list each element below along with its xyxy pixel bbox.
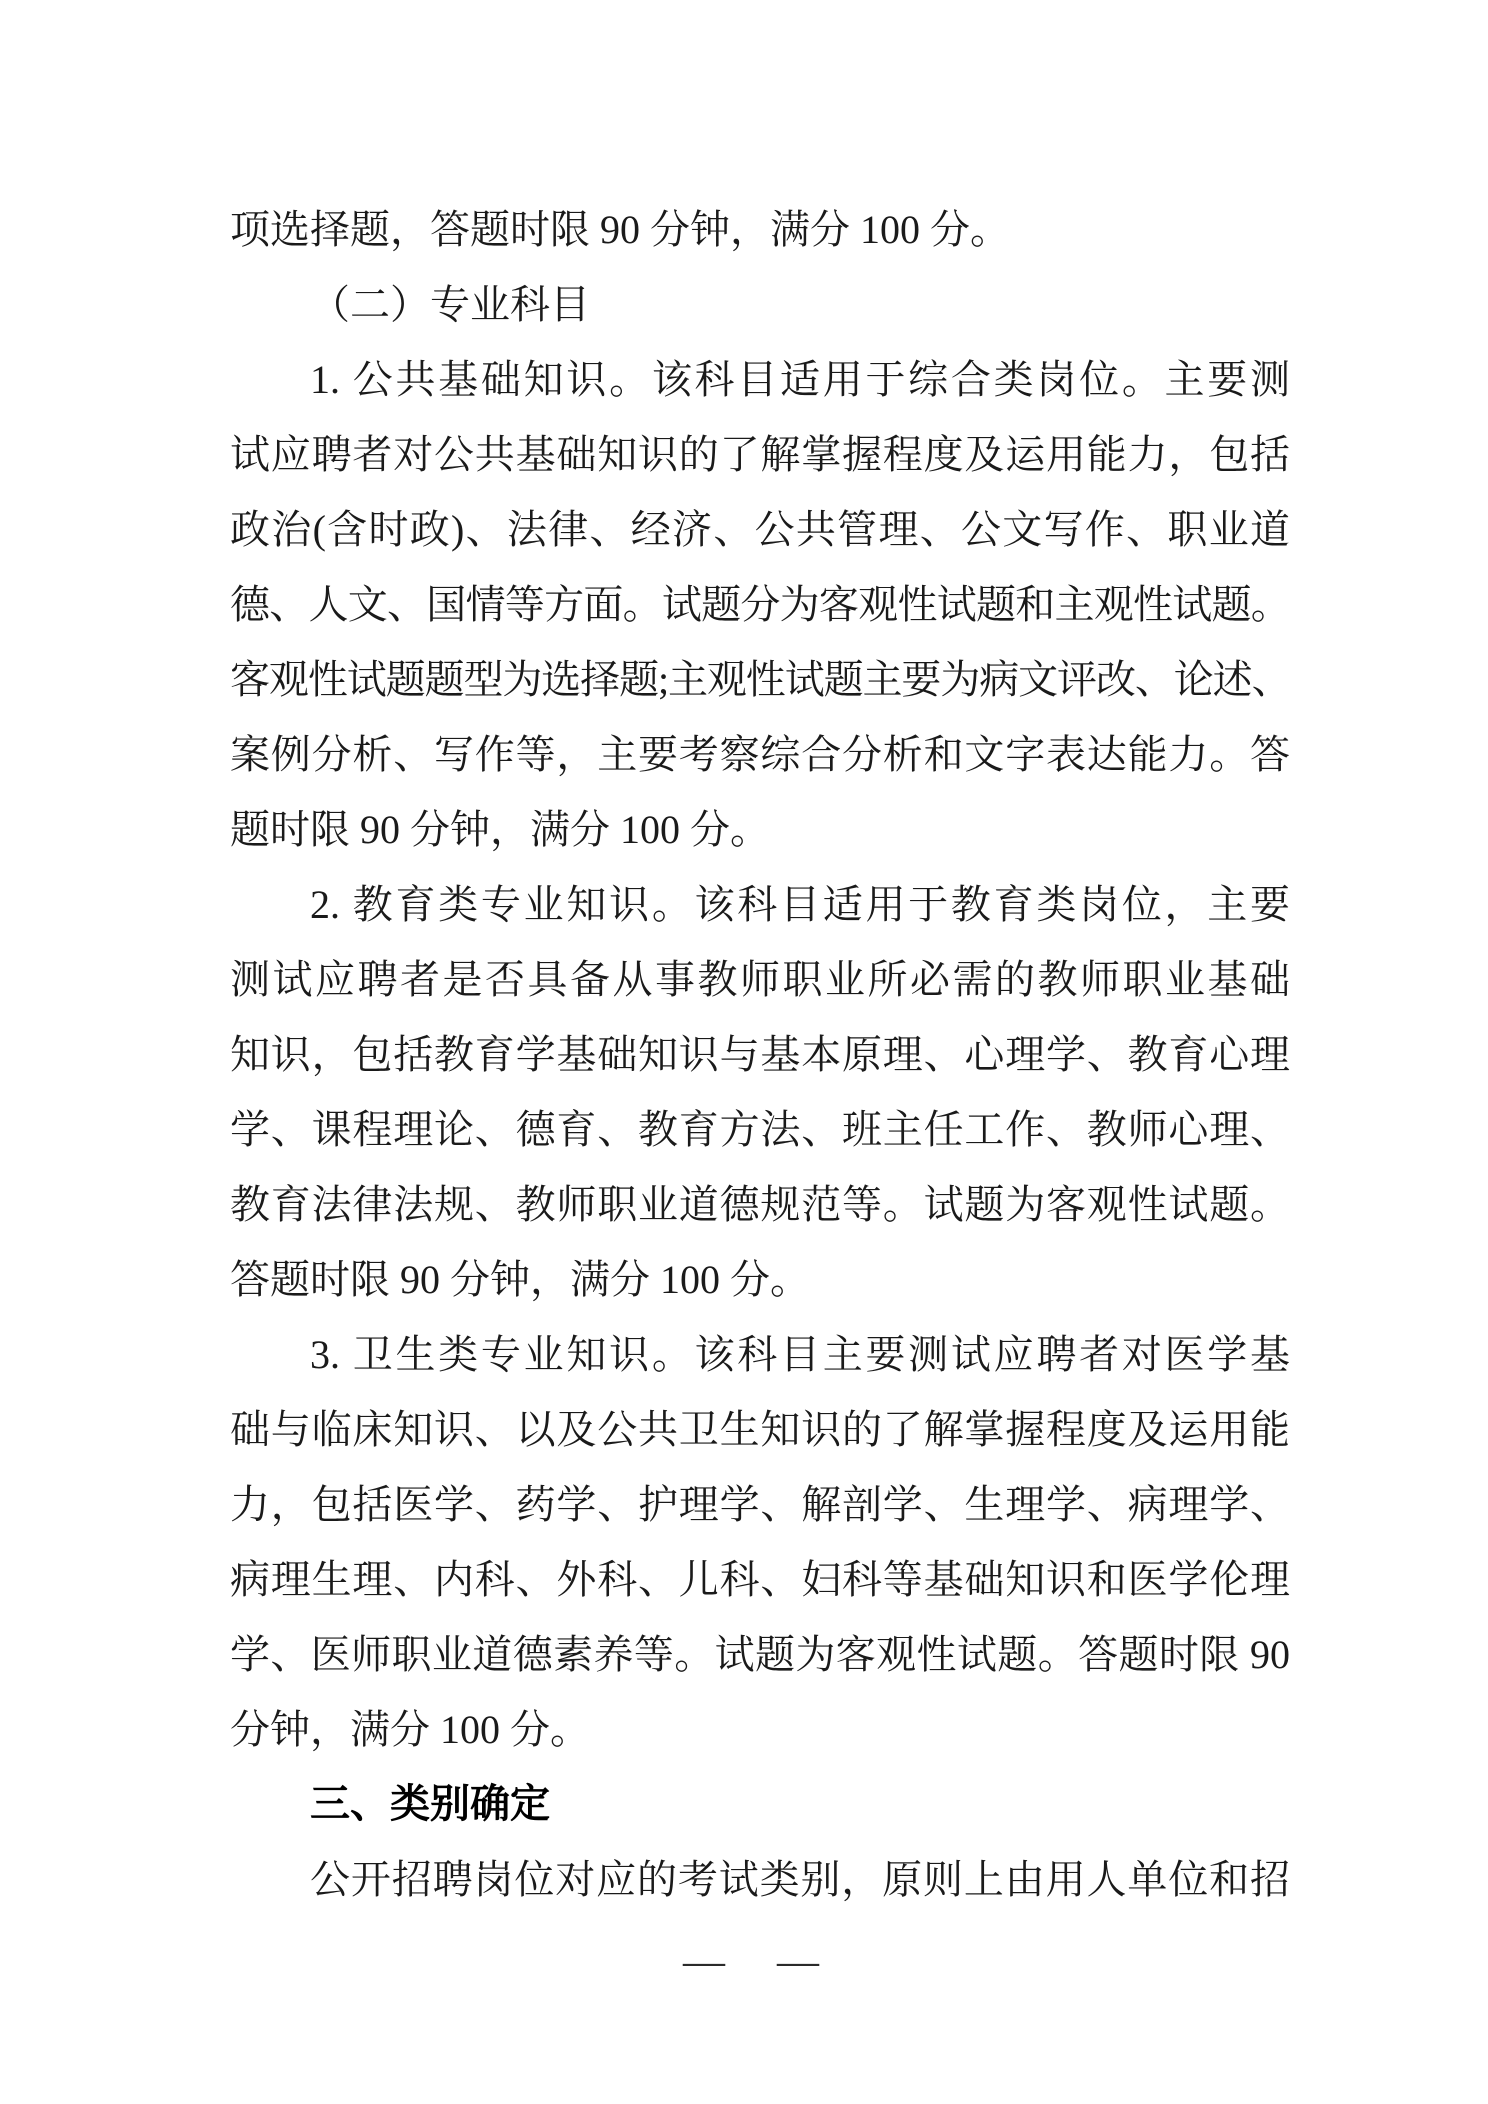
text-line: 分钟，满分 100 分。 xyxy=(230,1692,1290,1767)
text-line: 3. 卫生类专业知识。该科目主要测试应聘者对医学基 xyxy=(230,1317,1290,1392)
page-number-dash: — xyxy=(777,1936,819,1988)
text-line: 答题时限 90 分钟，满分 100 分。 xyxy=(230,1242,1290,1317)
text-line: 1. 公共基础知识。该科目适用于综合类岗位。主要测 xyxy=(230,342,1290,417)
page-footer: —— xyxy=(7,1936,1488,1988)
text-line: 力，包括医学、药学、护理学、解剖学、生理学、病理学、 xyxy=(230,1467,1290,1542)
text-line: 公开招聘岗位对应的考试类别，原则上由用人单位和招 xyxy=(230,1842,1290,1917)
text-line: 政治(含时政)、法律、经济、公共管理、公文写作、职业道 xyxy=(230,492,1290,567)
page-number-dash: — xyxy=(683,1936,725,1988)
text-line: 试应聘者对公共基础知识的了解掌握程度及运用能力，包括 xyxy=(230,417,1290,492)
text-line: 教育法律法规、教师职业道德规范等。试题为客观性试题。 xyxy=(230,1167,1290,1242)
document-body: 项选择题，答题时限 90 分钟，满分 100 分。（二）专业科目1. 公共基础知… xyxy=(230,192,1290,1917)
text-line: 2. 教育类专业知识。该科目适用于教育类岗位，主要 xyxy=(230,867,1290,942)
text-line: 客观性试题题型为选择题;主观性试题主要为病文评改、论述、 xyxy=(230,642,1290,717)
page: 项选择题，答题时限 90 分钟，满分 100 分。（二）专业科目1. 公共基础知… xyxy=(0,0,1488,2104)
section-heading: 三、类别确定 xyxy=(230,1767,1290,1842)
text-line: 案例分析、写作等，主要考察综合分析和文字表达能力。答 xyxy=(230,717,1290,792)
text-line: 题时限 90 分钟，满分 100 分。 xyxy=(230,792,1290,867)
text-line: 德、人文、国情等方面。试题分为客观性试题和主观性试题。 xyxy=(230,567,1290,642)
text-line: 测试应聘者是否具备从事教师职业所必需的教师职业基础 xyxy=(230,942,1290,1017)
text-line: 病理生理、内科、外科、儿科、妇科等基础知识和医学伦理 xyxy=(230,1542,1290,1617)
text-line: （二）专业科目 xyxy=(230,267,1290,342)
text-line: 学、课程理论、德育、教育方法、班主任工作、教师心理、 xyxy=(230,1092,1290,1167)
text-line: 项选择题，答题时限 90 分钟，满分 100 分。 xyxy=(230,192,1290,267)
text-line: 础与临床知识、以及公共卫生知识的了解掌握程度及运用能 xyxy=(230,1392,1290,1467)
text-line: 学、医师职业道德素养等。试题为客观性试题。答题时限 90 xyxy=(230,1617,1290,1692)
text-line: 知识，包括教育学基础知识与基本原理、心理学、教育心理 xyxy=(230,1017,1290,1092)
